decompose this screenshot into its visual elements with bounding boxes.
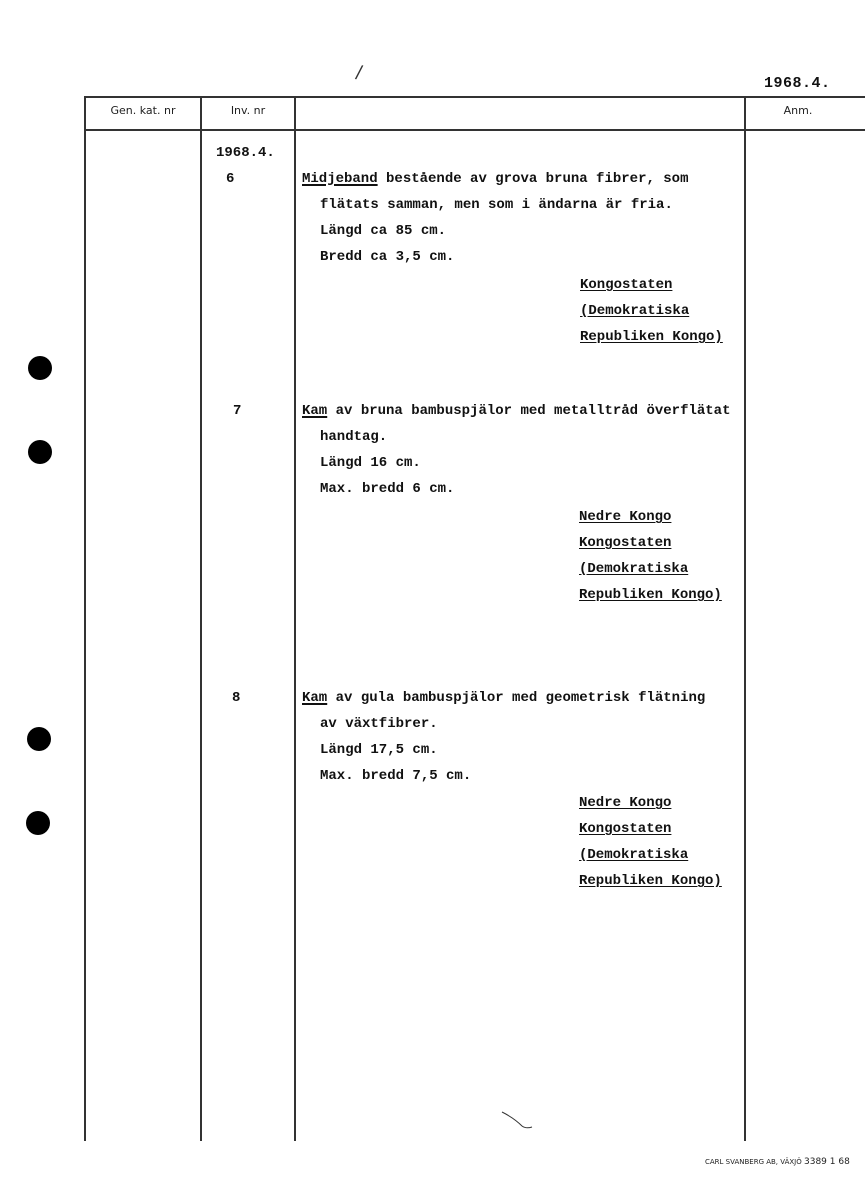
location-line: (Demokratiska <box>579 842 722 868</box>
punch-hole <box>28 356 52 380</box>
punch-hole <box>27 727 51 751</box>
location-line: Nedre Kongo <box>579 790 722 816</box>
description-continuation: av växtfibrer. <box>320 711 438 737</box>
entry-first-line: Midjeband bestående av grova bruna fibre… <box>302 166 688 192</box>
description-text: av gula bambuspjälor med geometrisk flät… <box>327 690 705 706</box>
location-line: (Demokratiska <box>580 298 723 324</box>
description-continuation: flätats samman, men som i ändarna är fri… <box>320 192 673 218</box>
location-line: Republiken Kongo) <box>579 868 722 894</box>
object-title: Midjeband <box>302 171 378 187</box>
location-line: Republiken Kongo) <box>579 582 722 608</box>
column-divider <box>294 96 296 1141</box>
inventory-number: 7 <box>233 398 241 424</box>
location-line: Kongostaten <box>580 272 723 298</box>
form-code: 3389 1 68 <box>804 1157 850 1167</box>
object-title: Kam <box>302 690 327 706</box>
inventory-number: 6 <box>226 166 234 192</box>
entry-first-line: Kam av gula bambuspjälor med geometrisk … <box>302 685 705 711</box>
measurement-width: Max. bredd 6 cm. <box>320 476 454 502</box>
location-line: Republiken Kongo) <box>580 324 723 350</box>
inventory-number: 8 <box>232 685 240 711</box>
measurement-length: Längd ca 85 cm. <box>320 218 446 244</box>
column-header-gen-kat-nr: Gen. kat. nr <box>86 104 200 117</box>
stray-scribble <box>500 1110 540 1130</box>
location-line: Nedre Kongo <box>579 504 722 530</box>
location-line: Kongostaten <box>579 530 722 556</box>
collection-number: 1968.4. <box>216 140 275 166</box>
measurement-width: Bredd ca 3,5 cm. <box>320 244 454 270</box>
page-accession-number: 1968.4. <box>764 75 831 92</box>
column-divider <box>744 96 746 1141</box>
printer-name: CARL SVANBERG AB, VÄXJÖ <box>705 1158 802 1166</box>
entry-first-line: Kam av bruna bambuspjälor med metalltråd… <box>302 398 730 424</box>
punch-hole <box>26 811 50 835</box>
stray-mark: / <box>354 62 364 84</box>
description-text: bestående av grova bruna fibrer, som <box>378 171 689 187</box>
measurement-length: Längd 16 cm. <box>320 450 421 476</box>
provenance-location: Kongostaten (Demokratiska Republiken Kon… <box>580 272 723 350</box>
printer-imprint: CARL SVANBERG AB, VÄXJÖ 3389 1 68 <box>705 1157 850 1167</box>
description-text: av bruna bambuspjälor med metalltråd öve… <box>327 403 730 419</box>
measurement-length: Längd 17,5 cm. <box>320 737 438 763</box>
object-title: Kam <box>302 403 327 419</box>
location-line: (Demokratiska <box>579 556 722 582</box>
description-continuation: handtag. <box>320 424 387 450</box>
measurement-width: Max. bredd 7,5 cm. <box>320 763 471 789</box>
column-header-inv-nr: Inv. nr <box>202 104 294 117</box>
punch-hole <box>28 440 52 464</box>
column-divider <box>84 96 86 1141</box>
provenance-location: Nedre Kongo Kongostaten (Demokratiska Re… <box>579 504 722 608</box>
provenance-location: Nedre Kongo Kongostaten (Demokratiska Re… <box>579 790 722 894</box>
column-divider <box>200 96 202 1141</box>
location-line: Kongostaten <box>579 816 722 842</box>
column-header-anm: Anm. <box>746 104 850 117</box>
